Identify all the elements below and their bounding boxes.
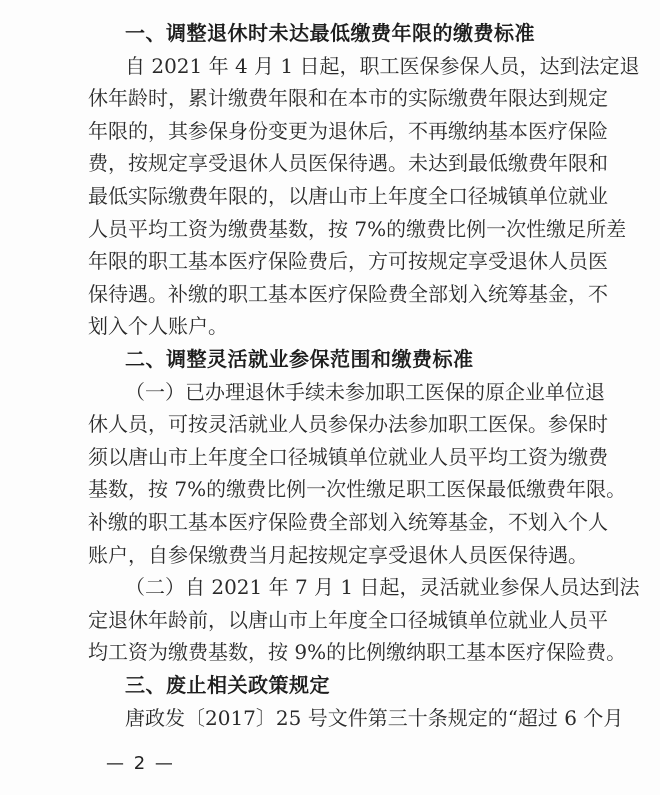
paragraph-line: 人员平均工资为缴费基数，按 7%的缴费比例一次性缴足所差 — [88, 211, 590, 247]
paragraph-line: 唐政发〔2017〕25 号文件第三十条规定的“超过 6 个月 — [125, 700, 590, 736]
section-heading-2: 二、调整灵活就业参保范围和缴费标准 — [125, 341, 474, 377]
document-page: 一、调整退休时未达最低缴费年限的缴费标准 自 2021 年 4 月 1 日起，职… — [0, 0, 660, 795]
paragraph-line: 划入个人账户。 — [88, 308, 590, 344]
paragraph-line: 最低实际缴费年限的，以唐山市上年度全口径城镇单位就业 — [88, 178, 590, 214]
page-number: — 2 — — [106, 750, 175, 778]
paragraph-line: 休年龄时，累计缴费年限和在本市的实际缴费年限达到规定 — [88, 80, 590, 116]
paragraph-line: 补缴的职工基本医疗保险费全部划入统筹基金，不划入个人 — [88, 504, 590, 540]
paragraph-line: 须以唐山市上年度全口径城镇单位就业人员平均工资为缴费 — [88, 439, 590, 475]
section-heading-3: 三、废止相关政策规定 — [125, 667, 330, 703]
paragraph-line: 均工资为缴费基数，按 9%的比例缴纳职工基本医疗保险费。 — [88, 634, 590, 670]
paragraph-line: （一）已办理退休手续未参加职工医保的原企业单位退 — [125, 374, 590, 410]
paragraph-line: 基数，按 7%的缴费比例一次性缴足职工医保最低缴费年限。 — [88, 471, 590, 507]
paragraph-line: 自 2021 年 4 月 1 日起，职工医保参保人员，达到法定退 — [125, 48, 590, 84]
paragraph-line: （二）自 2021 年 7 月 1 日起，灵活就业参保人员达到法 — [125, 569, 590, 605]
paragraph-line: 休人员，可按灵活就业人员参保办法参加职工医保。参保时 — [88, 406, 590, 442]
paragraph-line: 定退休年龄前，以唐山市上年度全口径城镇单位就业人员平 — [88, 602, 590, 638]
paragraph-line: 年限的，其参保身份变更为退休后，不再缴纳基本医疗保险 — [88, 113, 590, 149]
paragraph-line: 账户，自参保缴费当月起按规定享受退休人员医保待遇。 — [88, 537, 590, 573]
section-heading-1: 一、调整退休时未达最低缴费年限的缴费标准 — [125, 15, 535, 51]
paragraph-line: 保待遇。补缴的职工基本医疗保险费全部划入统筹基金，不 — [88, 276, 590, 312]
paragraph-line: 费，按规定享受退休人员医保待遇。未达到最低缴费年限和 — [88, 145, 590, 181]
paragraph-line: 年限的职工基本医疗保险费后，方可按规定享受退休人员医 — [88, 243, 590, 279]
